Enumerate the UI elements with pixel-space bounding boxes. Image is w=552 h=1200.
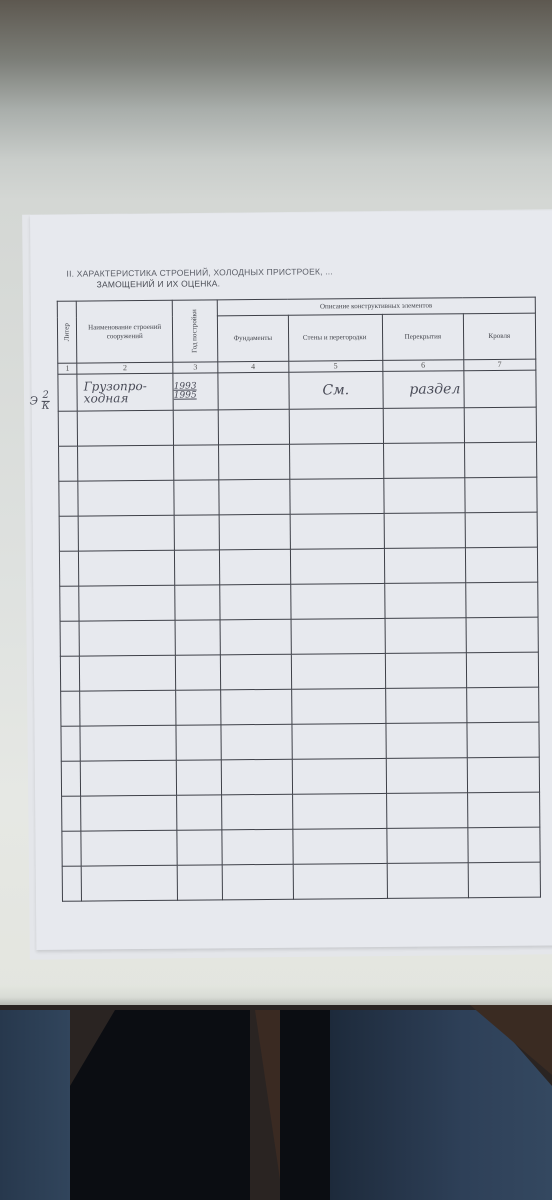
cell-year: 1993 1995	[173, 373, 218, 410]
table-row	[61, 687, 539, 726]
table-row	[59, 442, 537, 481]
document-title: II. Характеристика строений, холодных пр…	[66, 265, 486, 291]
table-row	[60, 617, 538, 656]
table-row	[62, 862, 540, 901]
header-walls: Стены и перегородки	[288, 314, 382, 361]
cell-foundations	[218, 372, 289, 410]
table-row	[59, 512, 537, 551]
header-year: Год постройки	[172, 300, 217, 362]
table-row	[60, 652, 538, 691]
handwritten-litera: Э 2 К	[30, 391, 50, 412]
litera-letter: Э	[30, 394, 39, 407]
table-row	[58, 407, 536, 446]
header-litera: Литер	[57, 301, 77, 363]
table-row	[59, 547, 537, 586]
jeans-left	[0, 1010, 70, 1200]
cell-name: Грузопро- ходная	[77, 373, 173, 411]
table-row	[60, 582, 538, 621]
table-row	[61, 722, 539, 761]
buildings-table: Литер Наименование строений сооружений Г…	[57, 297, 541, 902]
year-end: 1995	[174, 391, 218, 400]
col-num-6: 6	[383, 360, 464, 372]
header-foundations: Фундаменты	[217, 315, 288, 362]
table-row	[62, 792, 540, 831]
header-floors: Перекрытия	[382, 314, 463, 361]
title-line-2: замощений и их оценка.	[67, 276, 487, 291]
col-num-4: 4	[218, 361, 289, 373]
fraction-bottom: К	[42, 401, 50, 412]
col-num-2: 2	[77, 362, 173, 374]
table-row	[61, 757, 539, 796]
col-num-1: 1	[58, 363, 77, 374]
name-line-2: ходная	[84, 392, 173, 405]
table-row	[59, 477, 537, 516]
cell-roof	[464, 370, 536, 408]
col-num-3: 3	[173, 362, 218, 373]
header-name: Наименование строений сооружений	[76, 300, 173, 363]
col-num-7: 7	[464, 359, 536, 371]
cell-floors: раздел	[383, 371, 464, 409]
cell-litera	[58, 374, 77, 411]
litera-fraction: 2 К	[41, 391, 50, 412]
table-row	[62, 827, 540, 866]
cell-walls: См.	[289, 371, 383, 409]
header-roof: Кровля	[463, 313, 535, 360]
desk-edge	[0, 985, 552, 1005]
document-sheet: II. Характеристика строений, холодных пр…	[30, 210, 552, 950]
col-num-5: 5	[289, 360, 383, 372]
table-row: Грузопро- ходная 1993 1995 См. раздел	[58, 370, 536, 411]
